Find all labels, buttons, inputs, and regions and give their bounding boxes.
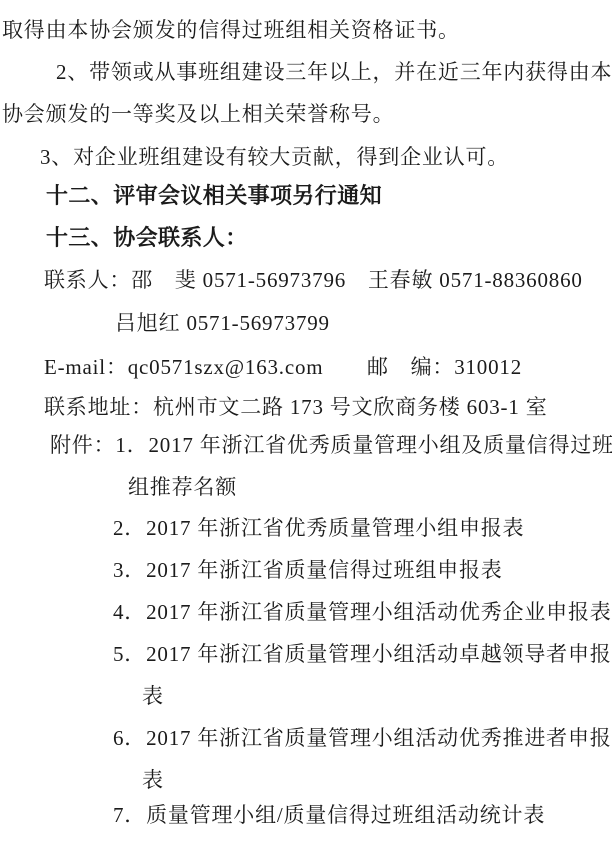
attachment-item-2: 2．2017 年浙江省优秀质量管理小组申报表 <box>113 516 524 540</box>
email-postcode-line: E-mail：qc0571szx@163.com 邮 编：310012 <box>44 355 522 379</box>
paragraph-condition-3: 3、对企业班组建设有较大贡献，得到企业认可。 <box>40 145 509 169</box>
contact-person-line-2: 吕旭红 0571-56973799 <box>115 311 330 335</box>
paragraph-cert-requirement: 取得由本协会颁发的信得过班组相关资格证书。 <box>2 18 460 42</box>
document-page: 取得由本协会颁发的信得过班组相关资格证书。 2、带领或从事班组建设三年以上，并在… <box>0 0 612 843</box>
contact-person-line: 联系人：邵 斐 0571-56973796 王春敏 0571-88360860 <box>44 268 583 292</box>
attachment-item-1-cont: 组推荐名额 <box>128 475 237 499</box>
address-line: 联系地址：杭州市文二路 173 号文欣商务楼 603-1 室 <box>44 395 548 419</box>
heading-section-13: 十三、协会联系人： <box>46 225 248 250</box>
attachment-item-5: 5．2017 年浙江省质量管理小组活动卓越领导者申报 <box>113 642 612 666</box>
attachment-item-5-cont: 表 <box>142 684 164 708</box>
heading-section-12: 十二、评审会议相关事项另行通知 <box>46 183 382 208</box>
attachment-item-6: 6．2017 年浙江省质量管理小组活动优秀推进者申报 <box>113 726 612 750</box>
paragraph-condition-2-cont: 协会颁发的一等奖及以上相关荣誉称号。 <box>2 102 394 126</box>
attachment-item-1: 附件：1．2017 年浙江省优秀质量管理小组及质量信得过班 <box>50 433 612 457</box>
attachment-item-6-cont: 表 <box>142 768 164 792</box>
attachment-item-7: 7．质量管理小组/质量信得过班组活动统计表 <box>113 803 545 827</box>
attachment-item-4: 4．2017 年浙江省质量管理小组活动优秀企业申报表 <box>113 600 612 624</box>
paragraph-condition-2: 2、带领或从事班组建设三年以上，并在近三年内获得由本 <box>56 60 612 84</box>
attachment-item-3: 3．2017 年浙江省质量信得过班组申报表 <box>113 558 503 582</box>
